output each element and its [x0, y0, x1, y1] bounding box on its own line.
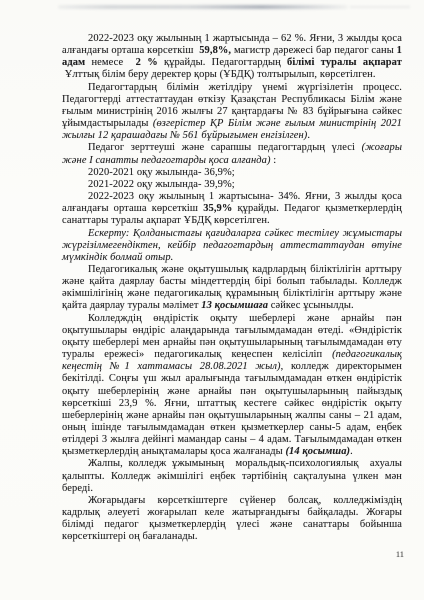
- text-run: білімі туралы ақпарат: [287, 57, 402, 68]
- document-body: 2022-2023 оқу жылының 1 жартысында – 62 …: [62, 33, 402, 544]
- text-run: немесе: [85, 57, 135, 68]
- scan-artifact-top: [58, 5, 348, 9]
- document-page: 2022-2023 оқу жылының 1 жартысында – 62 …: [0, 0, 424, 600]
- text-run: 2020-2021 оқу жылында- 36,9%;: [88, 167, 235, 178]
- text-run: Педагог зерттеуші және сарапшы педагогта…: [88, 142, 362, 153]
- text-run: .: [307, 130, 310, 141]
- text-run: Жалпы, колледж ұжымының моральдық-психол…: [62, 458, 402, 493]
- paragraph: Жоғарыдағы көрсеткіштерге сүйенер болсақ…: [62, 495, 402, 544]
- paragraph: 2022-2023 оқу жылының 1 жартысына- 34%. …: [62, 191, 402, 227]
- text-run: 59,8%,: [199, 45, 231, 56]
- paragraph: Ескерту: Қолданыстағы қағидаларға сәйкес…: [62, 228, 402, 264]
- list-item: 2020-2021 оқу жылында- 36,9%;: [62, 167, 402, 179]
- text-run: Жоғарыдағы көрсеткіштерге сүйенер болсақ…: [62, 495, 402, 542]
- text-run: , колледж директорымен бекітілді. Соңғы …: [62, 361, 402, 457]
- paragraph: Педагогтардың білімін жетілдіру үнемі жү…: [62, 82, 402, 143]
- text-run: құрайды. Педагогтардың: [158, 57, 287, 68]
- scan-artifact-top-right: [350, 6, 410, 8]
- text-run: 35,9%: [203, 203, 232, 214]
- text-run: :: [271, 155, 277, 166]
- paragraph: Жалпы, колледж ұжымының моральдық-психол…: [62, 458, 402, 494]
- text-run: 2 %: [136, 57, 158, 68]
- text-run: 2021-2022 оқу жылында- 39,9%;: [88, 179, 235, 190]
- text-run: магистр дәрежесі бар педагог саны: [231, 45, 397, 56]
- paragraph: Педагогикалық және оқытушылық кадрлардың…: [62, 264, 402, 313]
- paragraph: Колледждің өндірістік оқыту шеберлері жә…: [62, 313, 402, 459]
- text-run: Ұлттық білім беру деректер қоры (ҰБДҚ) т…: [62, 69, 376, 80]
- page-number: 11: [396, 549, 404, 559]
- paragraph: Педагог зерттеуші және сарапшы педагогта…: [62, 142, 402, 166]
- list-item: 2021-2022 оқу жылында- 39,9%;: [62, 179, 402, 191]
- text-run: (14 қосымша): [285, 446, 350, 457]
- text-run: Ескерту: Қолданыстағы қағидаларға сәйкес…: [62, 228, 402, 263]
- text-run: сәйкес ұсынылды.: [268, 300, 354, 311]
- paragraph: 2022-2023 оқу жылының 1 жартысында – 62 …: [62, 33, 402, 82]
- text-run: 13 қосымшаға: [201, 300, 268, 311]
- text-run: .: [350, 446, 353, 457]
